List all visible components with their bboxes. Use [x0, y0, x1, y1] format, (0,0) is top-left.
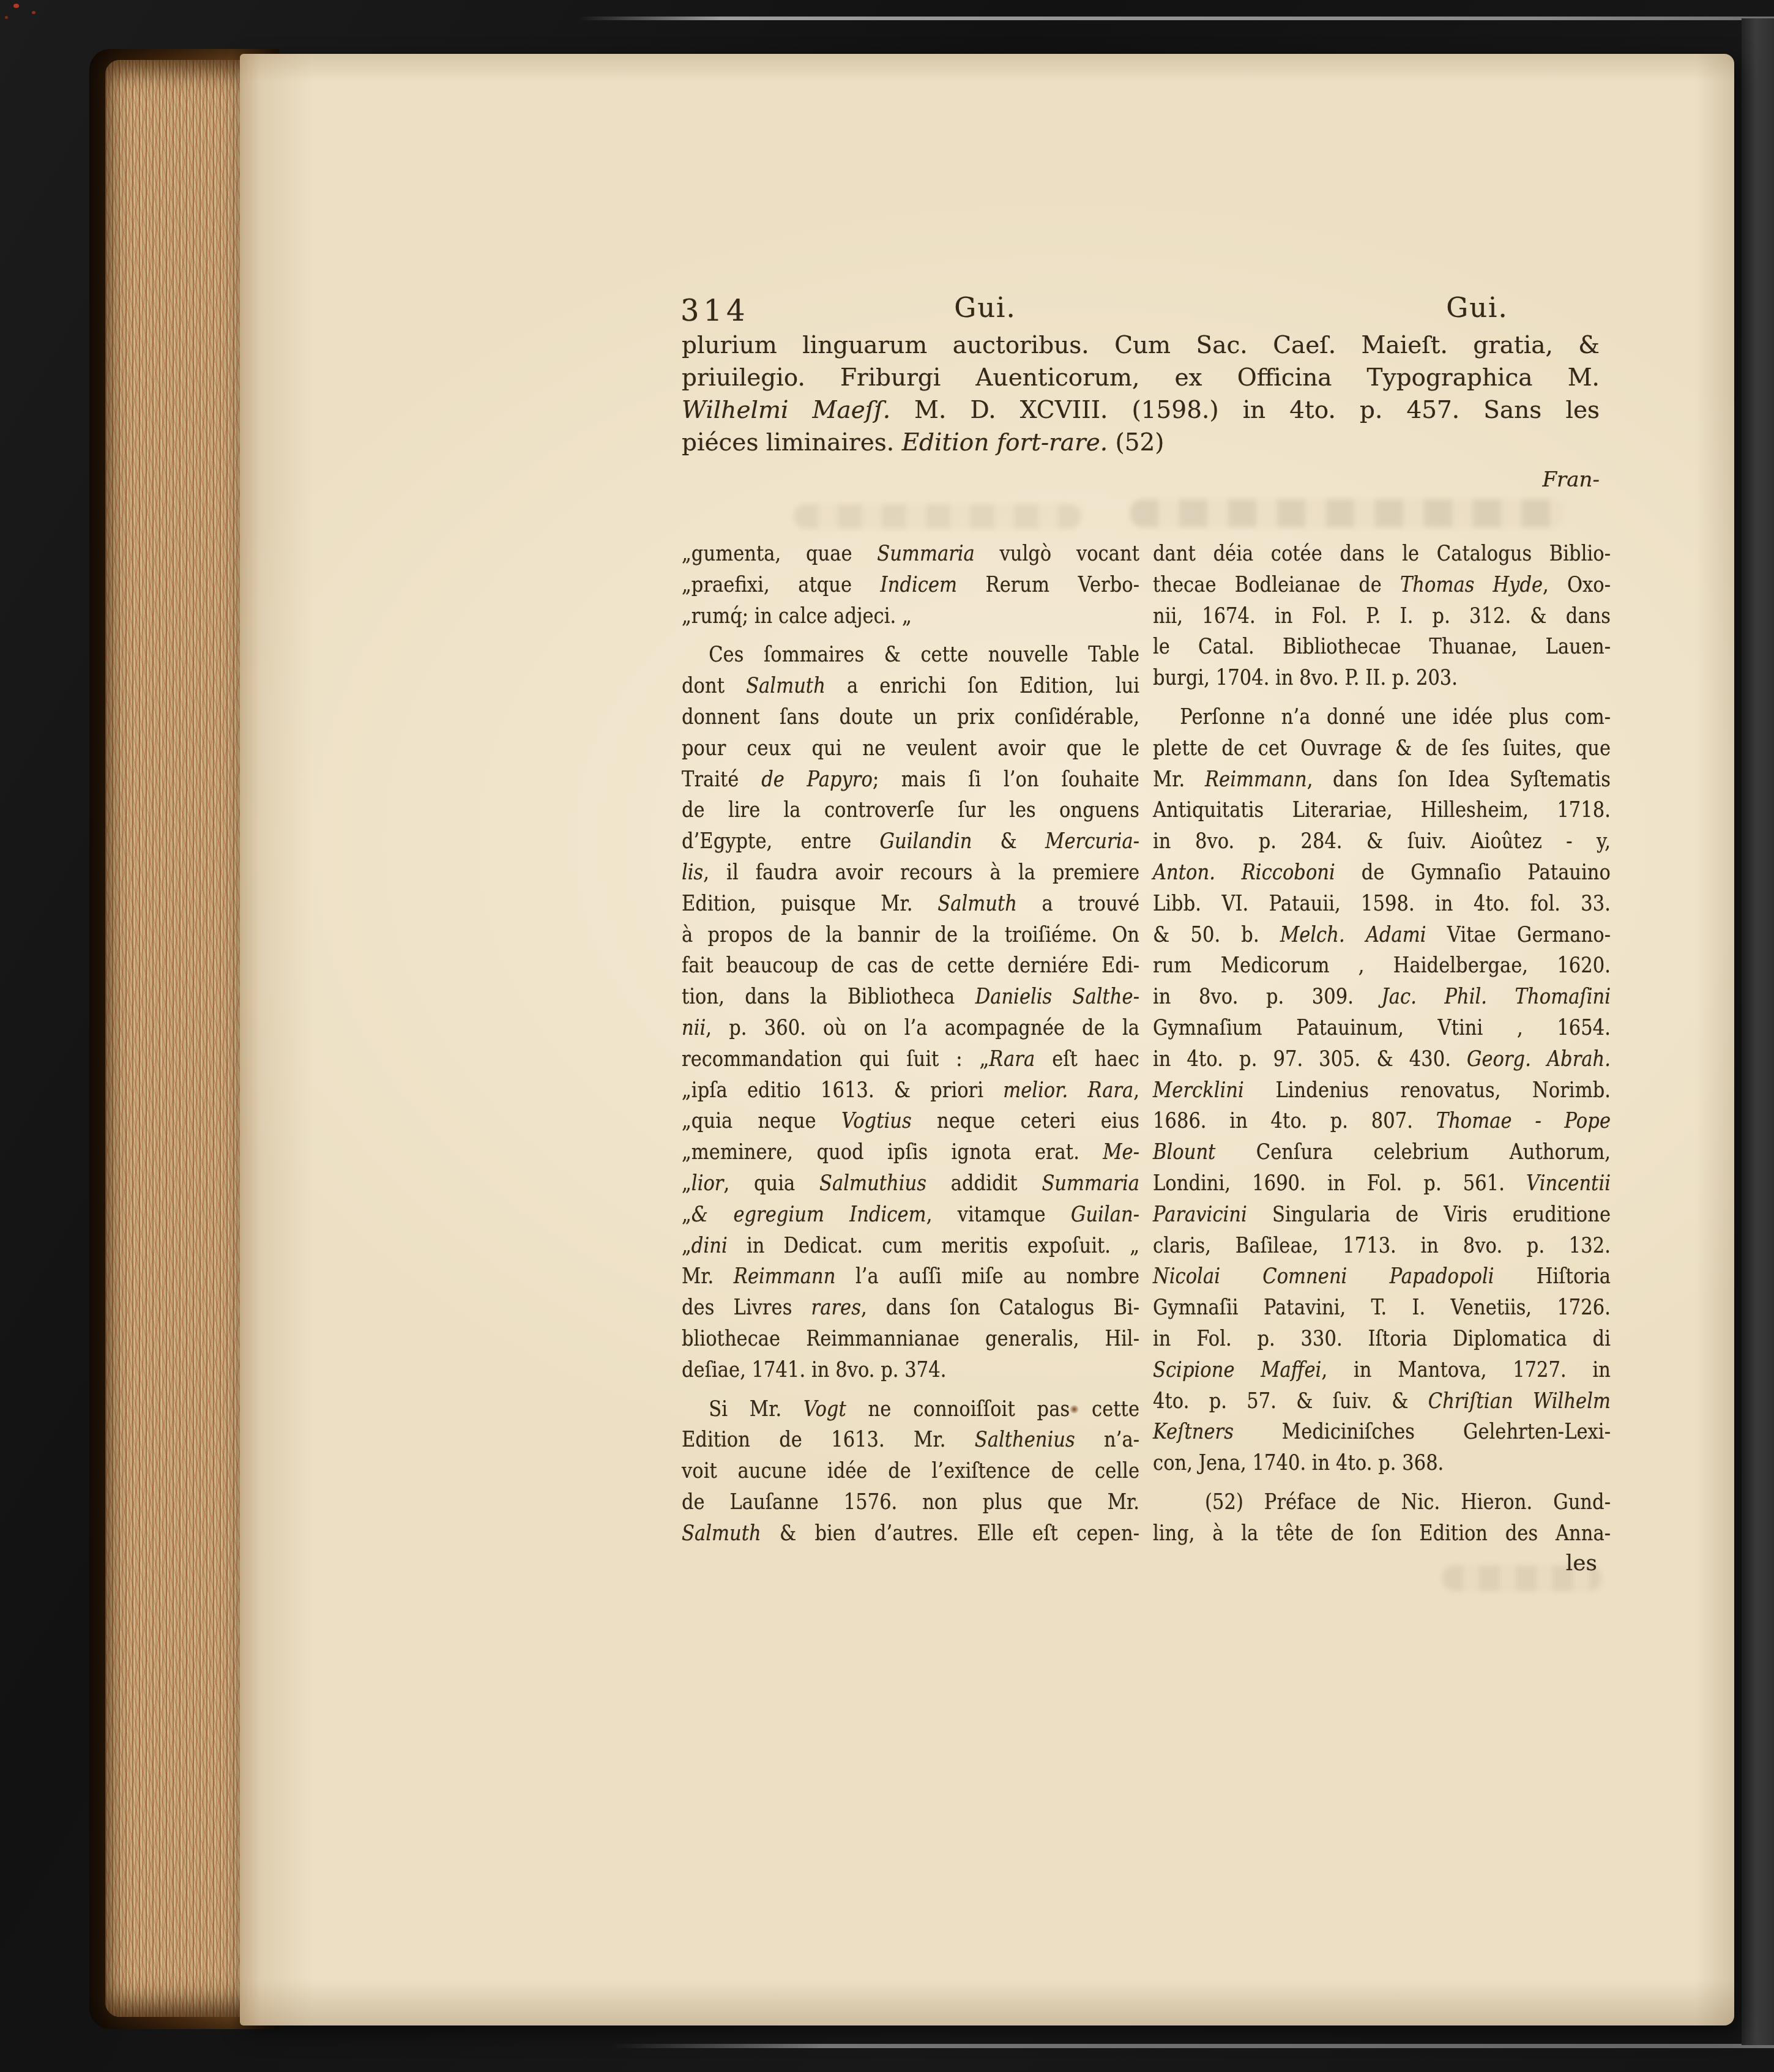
text-line: Wilhelmi Maeſſ. M. D. XCVIII. (1598.) in…: [682, 394, 1600, 427]
page-number: 314: [680, 294, 750, 328]
text-line: „lior, quia Salmuthius addidit Summaria: [682, 1168, 1139, 1199]
catchword-bottom: les: [1153, 1551, 1611, 1576]
italic-text: Summaria: [877, 541, 975, 566]
text-line: in 8vo. p. 284. & ſuiv. Aioûtez - y,: [1153, 826, 1611, 857]
text-line: deſiae, 1741. in 8vo. p. 374.: [682, 1355, 1139, 1386]
intro-paragraph: plurium linguarum auctoribus. Cum Sac. C…: [682, 329, 1600, 459]
text-line: Gymnaſii Patavini, T. I. Venetiis, 1726.: [1153, 1292, 1611, 1324]
text-line: „ipſa editio 1613. & priori melior. Rara…: [682, 1075, 1139, 1106]
verso-showthrough: [1130, 499, 1565, 527]
text-line: burgi, 1704. in 8vo. P. II. p. 203.: [1153, 663, 1611, 694]
italic-text: Reimmann: [1205, 767, 1307, 792]
text-line: „quia neque Vogtius neque ceteri eius: [682, 1106, 1139, 1137]
text-line: bliothecae Reimmannianae generalis, Hil-: [682, 1324, 1139, 1355]
text-line: thecae Bodleianae de Thomas Hyde, Oxo-: [1153, 570, 1611, 601]
text-line: rum Medicorum , Haidelbergae, 1620.: [1153, 950, 1611, 982]
text-line: Mercklini Lindenius renovatus, Norimb.: [1153, 1075, 1611, 1106]
italic-text: lior: [691, 1171, 724, 1196]
italic-text: Guilandin: [880, 829, 972, 854]
text-line: le Catal. Bibliothecae Thuanae, Lauen-: [1153, 632, 1611, 663]
text-line: „praefixi, atque Indicem Rerum Verbo-: [682, 570, 1139, 601]
red-speck: [5, 16, 8, 19]
italic-text: Summaria: [1042, 1171, 1139, 1196]
italic-text: Georg. Abrah.: [1467, 1046, 1611, 1071]
text-line: des Livres rares, dans ſon Catalogus Bi-: [682, 1292, 1139, 1324]
text-line: dant déia cotée dans le Catalogus Biblio…: [1153, 538, 1611, 570]
red-speck: [13, 4, 19, 8]
italic-text: Blount: [1153, 1139, 1215, 1165]
italic-text: Wilhelmi Maeſſ.: [682, 397, 890, 424]
text-line: fait beaucoup de cas de cette derniére E…: [682, 950, 1139, 982]
text-line: priuilegio. Friburgi Auenticorum, ex Off…: [682, 362, 1600, 394]
text-line: à propos de la bannir de la troiſiéme. O…: [682, 920, 1139, 951]
text-line: dont Salmuth a enrichi ſon Edition, lui: [682, 671, 1139, 702]
text-line: pour ceux qui ne veulent avoir que le: [682, 733, 1139, 764]
italic-text: Salthenius: [975, 1427, 1075, 1452]
italic-text: Guilan-: [1071, 1202, 1139, 1227]
text-line: Anton. Riccoboni de Gymnaſio Patauino: [1153, 857, 1611, 889]
text-line: ling, à la tête de ſon Edition des Anna-: [1153, 1518, 1611, 1549]
right-column: dant déia cotée dans le Catalogus Biblio…: [1153, 538, 1611, 1549]
verso-showthrough: [794, 504, 1081, 529]
text-line: in 8vo. p. 309. Jac. Phil. Thomaſini: [1153, 982, 1611, 1013]
text-line: lis, il faudra avoir recours à la premie…: [682, 857, 1139, 889]
text-line: in Fol. p. 330. Iſtoria Diplomatica di: [1153, 1324, 1611, 1355]
italic-text: Thomae - Pope: [1436, 1108, 1611, 1133]
text-line: con, Jena, 1740. in 4to. p. 368.: [1153, 1448, 1611, 1479]
text-line: Libb. VI. Patauii, 1598. in 4to. fol. 33…: [1153, 889, 1611, 920]
italic-text: Mercklini: [1153, 1078, 1244, 1103]
italic-text: Salmuth: [746, 673, 826, 698]
text-line: de lire la controverſe ſur les onguens: [682, 795, 1139, 826]
italic-text: Anton. Riccoboni: [1153, 860, 1335, 885]
text-line: 1686. in 4to. p. 807. Thomae - Pope: [1153, 1106, 1611, 1137]
italic-text: dini: [691, 1233, 728, 1258]
italic-text: Edition fort-rare.: [902, 429, 1108, 457]
text-line: de Lauſanne 1576. non plus que Mr.: [682, 1487, 1139, 1518]
italic-text: Reimmann: [734, 1264, 836, 1289]
scanner-edge-bottom: [612, 2044, 1774, 2048]
italic-text: Danielis Salthe-: [975, 984, 1139, 1009]
text-line: tion, dans la Bibliotheca Danielis Salth…: [682, 982, 1139, 1013]
text-line: Salmuth & bien d’autres. Elle eſt cepen-: [682, 1518, 1139, 1549]
italic-text: Salmuth: [682, 1521, 761, 1546]
italic-text: Nicolai Comneni Papadopoli: [1153, 1264, 1494, 1289]
running-head-right: Gui.: [1446, 291, 1508, 324]
text-line: Paravicini Singularia de Viris erudition…: [1153, 1199, 1611, 1231]
text-line: Antiquitatis Literariae, Hillesheim, 171…: [1153, 795, 1611, 826]
text-line: Si Mr. Vogt ne connoiſſoit pas cette: [682, 1394, 1139, 1425]
catchword-top: Fran-: [682, 468, 1600, 492]
text-line: plette de cet Ouvrage & de ſes ſuites, q…: [1153, 733, 1611, 764]
text-line: „gumenta, quae Summaria vulgò vocant: [682, 538, 1139, 570]
text-line: plurium linguarum auctoribus. Cum Sac. C…: [682, 329, 1600, 362]
italic-text: Jac. Phil. Thomaſini: [1382, 984, 1611, 1009]
text-line: „dini in Dedicat. cum meritis expoſuit. …: [682, 1231, 1139, 1262]
text-line: d’Egypte, entre Guilandin & Mercuria-: [682, 826, 1139, 857]
text-line: donnent ſans doute un prix conſidérable,: [682, 702, 1139, 733]
left-column: „gumenta, quae Summaria vulgò vocant„pra…: [682, 538, 1139, 1549]
book-scan: 314 Gui. Gui. plurium linguarum auctorib…: [89, 49, 1737, 2029]
italic-text: Vogt: [803, 1396, 846, 1422]
italic-text: Vogtius: [841, 1108, 912, 1133]
text-line: Edition de 1613. Mr. Salthenius n’a-: [682, 1425, 1139, 1456]
text-line: nii, 1674. in Fol. P. I. p. 312. & dans: [1153, 601, 1611, 632]
italic-text: rares: [811, 1295, 861, 1320]
text-line: Blount Cenſura celebrium Authorum,: [1153, 1137, 1611, 1168]
italic-text: lis: [682, 860, 703, 885]
italic-text: Thomas Hyde: [1400, 572, 1543, 597]
text-line: Gymnaſium Patauinum, Vtini , 1654.: [1153, 1013, 1611, 1044]
text-line: Traité de Papyro; mais ſi l’on ſouhaite: [682, 764, 1139, 796]
italic-text: Salmuth: [937, 891, 1017, 916]
text-line: in 4to. p. 97. 305. & 430. Georg. Abrah.: [1153, 1044, 1611, 1075]
text-line: „rumq́; in calce adjeci. „: [682, 601, 1139, 632]
text-line: „& egregium Indicem, vitamque Guilan-: [682, 1199, 1139, 1231]
text-line: Keſtners Mediciniſches Gelehrten-Lexi-: [1153, 1417, 1611, 1448]
italic-text: Indicem: [881, 572, 957, 597]
scanner-edge-top: [578, 17, 1774, 20]
running-head-left: Gui.: [954, 291, 1016, 324]
text-line: (52) Préface de Nic. Hieron. Gund-: [1153, 1487, 1611, 1518]
italic-text: melior. Rara: [1003, 1078, 1133, 1103]
text-line: piéces liminaires. Edition fort-rare. (5…: [682, 427, 1600, 459]
text-line: Londini, 1690. in Fol. p. 561. Vincentii: [1153, 1168, 1611, 1199]
adjacent-page-edge: [1742, 18, 1774, 2045]
italic-text: Me-: [1103, 1139, 1139, 1165]
book-page: 314 Gui. Gui. plurium linguarum auctorib…: [240, 54, 1734, 2025]
italic-text: Vincentii: [1526, 1171, 1611, 1196]
text-line: Edition, puisque Mr. Salmuth a trouvé: [682, 889, 1139, 920]
italic-text: & egregium Indicem: [691, 1202, 926, 1227]
text-line: „meminere, quod ipſis ignota erat. Me-: [682, 1137, 1139, 1168]
italic-text: Rara: [989, 1046, 1035, 1071]
italic-text: Keſtners: [1153, 1419, 1234, 1444]
text-line: claris, Baſileae, 1713. in 8vo. p. 132.: [1153, 1231, 1611, 1262]
text-line: recommandation qui ſuit : „Rara eſt haec: [682, 1044, 1139, 1075]
red-speck: [32, 11, 35, 14]
italic-text: Mercuria-: [1045, 829, 1139, 854]
italic-text: Chriſtian Wilhelm: [1428, 1388, 1611, 1414]
italic-text: de Papyro: [761, 767, 873, 792]
italic-text: Paravicini: [1153, 1202, 1247, 1227]
text-line: Mr. Reimmann, dans ſon Idea Syſtematis: [1153, 764, 1611, 796]
italic-text: Scipione Maffei: [1153, 1357, 1321, 1382]
text-line: Nicolai Comneni Papadopoli Hiſtoria: [1153, 1261, 1611, 1292]
text-line: 4to. p. 57. & ſuiv. & Chriſtian Wilhelm: [1153, 1386, 1611, 1417]
text-line: & 50. b. Melch. Adami Vitae Germano-: [1153, 920, 1611, 951]
text-line: voit aucune idée de l’exiſtence de celle: [682, 1456, 1139, 1487]
italic-text: Salmuthius: [819, 1171, 926, 1196]
italic-text: nii: [682, 1015, 706, 1040]
italic-text: Melch. Adami: [1280, 922, 1426, 947]
text-line: nii, p. 360. où on l’a acompagnée de la: [682, 1013, 1139, 1044]
text-line: Ces ſommaires & cette nouvelle Table: [682, 639, 1139, 671]
text-line: Mr. Reimmann l’a auſſi miſe au nombre: [682, 1261, 1139, 1292]
text-line: Perſonne n’a donné une idée plus com-: [1153, 702, 1611, 733]
text-line: Scipione Maffei, in Mantova, 1727. in: [1153, 1355, 1611, 1386]
